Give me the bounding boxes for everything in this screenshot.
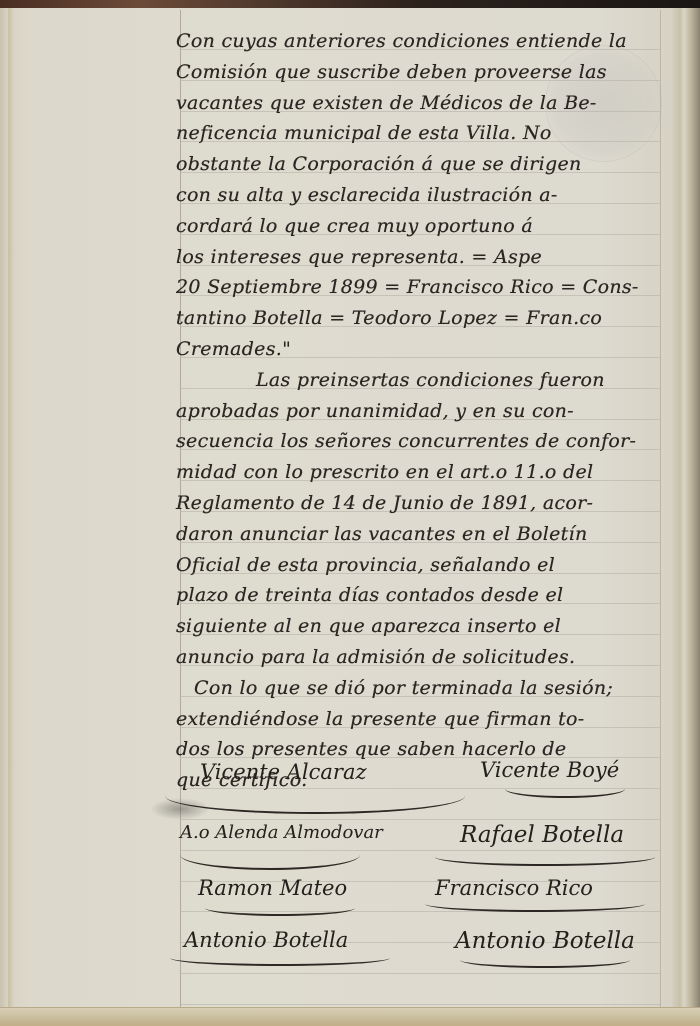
body-line: Con lo que se dió por terminada la sesió… [176,673,666,704]
page-left-fold [8,8,14,1008]
body-line: neficencia municipal de esta Villa. No [176,118,666,149]
signature-flourish [205,900,355,916]
body-line: Con cuyas anteriores condiciones entiend… [176,26,666,57]
manuscript-page-scan: Con cuyas anteriores condiciones entiend… [0,0,700,1026]
body-line: tantino Botella = Teodoro Lopez = Fran.c… [176,303,666,334]
body-line: midad con lo prescrito en el art.o 11.o … [176,457,666,488]
body-line: Reglamento de 14 de Junio de 1891, acor- [176,488,666,519]
signature-rafael-botella: Rafael Botella [460,822,624,848]
book-gutter [672,8,700,1008]
body-line: los intereses que representa. = Aspe [176,242,666,273]
body-line: Las preinsertas condiciones fueron [176,365,666,396]
body-line: obstante la Corporación á que se dirigen [176,149,666,180]
body-line: aprobadas por unanimidad, y en su con- [176,396,666,427]
book-bottom-edge [0,1007,700,1026]
body-line: 20 Septiembre 1899 = Francisco Rico = Co… [176,272,666,303]
body-line: secuencia los señores concurrentes de co… [176,426,666,457]
body-line: extendiéndose la presente que firman to- [176,704,666,735]
body-line: plazo de treinta días contados desde el [176,580,666,611]
body-line: cordará lo que crea muy oportuno á [176,211,666,242]
signature-ramon-mateo: Ramon Mateo [198,876,347,900]
body-line: Cremades." [176,334,666,365]
body-line: con su alta y esclarecida ilustración a- [176,180,666,211]
body-line: daron anunciar las vacantes en el Boletí… [176,519,666,550]
body-line: siguiente al en que aparezca inserto el [176,611,666,642]
signature-antonio-botella-right: Antonio Botella [455,928,635,954]
minutes-body-text: Con cuyas anteriores condiciones entiend… [176,26,666,796]
body-line: Oficial de esta provincia, señalando el [176,550,666,581]
signature-flourish [460,952,630,968]
signature-flourish [505,780,625,798]
signature-flourish [425,896,645,912]
signature-flourish [165,778,465,814]
signature-antonio-botella-left: Antonio Botella [184,928,348,952]
book-top-edge [0,0,700,8]
signature-block: Vicente Alcaraz Vicente Boyé A.o Alenda … [170,760,670,990]
signature-vicente-boye: Vicente Boyé [480,758,619,782]
body-line: anuncio para la admisión de solicitudes. [176,642,666,673]
ruled-line [180,1004,660,1005]
body-line: Comisión que suscribe deben proveerse la… [176,57,666,88]
signature-flourish [180,840,360,870]
body-line: vacantes que existen de Médicos de la Be… [176,88,666,119]
signature-flourish [435,848,655,866]
signature-flourish [170,950,390,966]
